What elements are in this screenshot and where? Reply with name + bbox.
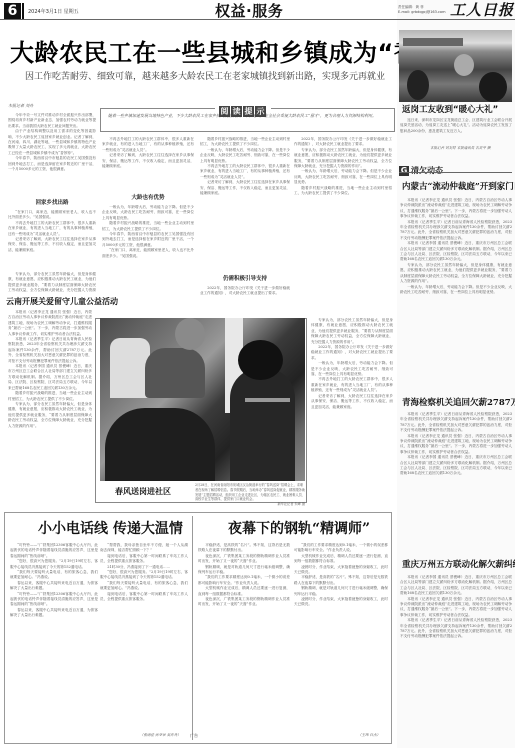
paragraph: “您好，很高兴为您服务。”2月19日19时左右，客服中心接线员冯燕接到了今天的第… (10, 559, 98, 570)
body-text-col1-end: 专家认为，部分农民工虽然年龄偏大，但是身体健康，有就业意愿，应积极推动大龄农民工… (8, 272, 96, 292)
rail-tuner-credit: （王玮 白杰） (358, 733, 380, 738)
paragraph: 不再去外地打工的大龄农民工群体中，很多人重新在家乡就业，有的进入当地工厂，有的从… (8, 221, 96, 237)
caption-text: 2月28日，在河南省南阳市宛城区汉冶街道举行的“春风送岗”招聘会上，求职者在现场… (195, 483, 305, 501)
phone-line-body-col2: “帮帮我，我母亲独自坐车不方便，她一个人从湖南去深圳，能否帮忙照顾一下？” 接到… (100, 543, 188, 731)
paragraph: 今年中央一号文件对推动乡村全面振兴作出部署，围绕培育乡村新产业新业态、加强农村劳… (8, 113, 96, 129)
phone-line-body-col1: “叮铃铃——”广铁集团12306客服中心大厅内，此起彼伏的电话铃声伴随着接线员清… (10, 543, 98, 738)
paragraph: 一般认为，年龄增大后，劳动能力会下降。但是不少企业反映，大龄农民工吃苦耐劳、细致… (294, 169, 392, 185)
paragraph: 随着乡村振兴战略的推进，当地一些企业主动到村里招工，为大龄农民工提供了不少岗位。 (294, 186, 392, 197)
paragraph: “我们的工作要求精度达到0.1毫米，一个微小的误差都可能影响行车安全。”作业负责… (294, 543, 388, 554)
main-subheadline: 因工作吃苦耐劳、细致可靠，越来越多大龄农民工在老家城镇找到新出路，实现多元再就业 (25, 72, 385, 83)
paragraph: 随着乡村振兴战略的推进，当地一些企业主动到村里招工，为大龄农民工提供了不少岗位。 (8, 391, 92, 402)
body-text-col3: 随着乡村振兴战略的推进，当地一些企业主动到村里招工，为大龄农民工提供了不少岗位。… (200, 137, 290, 277)
photo-title: 春风送岗进社区 (115, 487, 171, 497)
editor-info: 责任编辑：黄 菲 E-mail: grbdqgcj@163.com (398, 5, 445, 14)
paragraph: 本报讯（记者李国 通讯员 蔡俊峰）近日，重庆市万州区总工会联合区人社局等部门建立… (400, 241, 512, 263)
paragraph: 随着乡村振兴战略的推进，当地一些企业主动到村里招工，为大龄农民工提供了不少岗位。 (102, 221, 194, 232)
column-divider (399, 172, 512, 173)
paragraph: 记者采访了解到，大龄农民工往往选择在家乡从事保安、保洁、搬运等工作，不仅收入稳定… (8, 237, 96, 253)
paragraph: 本报讯（记者李正龙 通讯员 张强）近日，内蒙古自治区劳动人事争议仲裁院派出“流动… (400, 434, 512, 456)
paragraph: 本报讯（记者季生平）记者日前从青海省人民检察院获悉，2023年全省检察机关共办理… (400, 618, 512, 640)
paragraph: 连日来，深圳市龙岗区宝龙街道总工会、区建筑行业工会联合开展返岗关爱活动，为返岗工… (400, 118, 512, 134)
paragraph: 由于产业结构调整以及用工需求的变化等因素影响，不少大龄农民工返回家乡就业创业。记… (8, 129, 96, 156)
inner-mongolia-body: 本报讯（记者李正龙 通讯员 张强）近日，内蒙古自治区劳动人事争议仲裁院派出“流动… (400, 198, 512, 368)
newspaper-logo: 工人日报 (450, 1, 514, 19)
paragraph: 春运以来，客服中心共接听来电近百万通，为旅客解决了大量出行难题。 (10, 581, 98, 592)
paragraph: “叮铃铃——”广铁集团12306客服中心大厅内，此起彼伏的电话铃声伴随着接线员清… (10, 592, 98, 608)
paragraph: 2022年，国务院办公厅印发《关于进一步做好稳就业工作的通知》，对大龄农民工就业… (311, 345, 393, 361)
qinghai-headline[interactable]: 青海检察机关追回欠薪2787万元 (402, 398, 515, 409)
paragraph: 春运以来，客服中心共接听来电近百万通，为旅客解决了大量出行难题。 (10, 608, 98, 619)
paragraph: “帮帮我，我母亲独自坐车不方便，她一个人从湖南去深圳，能否帮忙照顾一下？” (100, 543, 188, 554)
paragraph: “在家门口，离家近，能照顾家里老人，收入也不比外面差多少。”吴国强说。 (8, 210, 96, 221)
inner-mongolia-headline[interactable]: 内蒙古“流动仲裁庭”开到家门口 (402, 182, 515, 193)
body-text-col2b: 一般认为，年龄增大后，劳动能力会下降。但是不少企业反映，大龄农民工吃苦耐劳、细致… (102, 205, 194, 305)
column-header: G清欠动态 (399, 160, 443, 179)
paragraph: “在家门口，离家近，能照顾家里老人，收入也不比外面差多少。”吴国强说。 (102, 248, 194, 259)
ad-mark: 广告 (190, 733, 198, 738)
side-top-body: 连日来，深圳市龙岗区宝龙街道总工会、区建筑行业工会联合开展返岗关爱活动，为返岗工… (400, 118, 512, 146)
page-number: 6 (4, 3, 21, 19)
paragraph: 钢轨精调，就是对轨道几何尺寸进行毫米级调整，确保列车运行平稳。 (198, 565, 290, 576)
section-title: 权益·服务 (215, 2, 283, 20)
chongqing-body: 本报讯（记者李国 通讯员 蔡俊峰）近日，重庆市万州区总工会联合区人社局等部门建立… (400, 575, 512, 743)
page-number-bar (22, 3, 24, 19)
paragraph: 2022年，国务院办公厅印发《关于进一步做好稳就业工作的通知》，对大龄农民工就业… (294, 137, 392, 148)
photo-caption: 2月28日，在河南省南阳市宛城区汉冶街道举行的“春风送岗”招聘会上，求职者在现场… (195, 483, 305, 507)
paragraph: 记者采访了解到，大龄农民工往往选择在家乡从事保安、保洁、搬运等工作，不仅收入稳定… (311, 394, 393, 410)
paragraph: 大型机械作业完成后，精调人员还要逐一进行复测，直到每一组数据都符合标准。 (198, 586, 290, 597)
paragraph: 一般认为，年龄增大后，劳动能力会下降。但是不少企业反映，大龄农民工吃苦耐劳、细致… (200, 148, 290, 164)
paragraph: 夜色深沉，广铁集团某工务段的钢轨精调作业人员准时出发，开始了又一夜的“天窗”作业… (198, 597, 290, 608)
paragraph: 凌晨时分，作业结束，大家拖着疲惫的身躯收工，此时天已微亮。 (294, 565, 388, 576)
yunnan-body: 本报讯（记者李正龙 通讯员 张强）近日，内蒙古自治区劳动人事争议仲裁院派出“流动… (8, 310, 92, 505)
main-byline: 本报记者 刘舟 (8, 103, 33, 108)
paragraph: 夜色深沉，广铁集团某工务段的钢轨精调作业人员准时出发，开始了又一夜的“天窗”作业… (198, 554, 290, 565)
paragraph: 本报讯（记者李正龙 通讯员 张强）近日，内蒙古自治区劳动人事争议仲裁院派出“流动… (400, 597, 512, 619)
paragraph: 今年春节，陕西省汉中市勉县的农民工吴国强没有回到外地去打工，而是选择留在家乡附近… (102, 232, 194, 248)
paragraph: 2022年，国务院办公厅印发《关于进一步做好稳就业工作的通知》，对大龄农民工就业… (200, 286, 290, 297)
job-fair-photo[interactable] (100, 318, 305, 481)
qinghai-body: 本报讯（记者季生平）记者日前从青海省人民检察院获悉，2023年全省检察机关共办理… (400, 412, 512, 547)
paragraph: 专家认为，部分农民工虽然年龄偏大，但是身体健康，有就业意愿，应积极推动大龄农民工… (294, 148, 392, 170)
paragraph: 专家认为，部分农民工虽然年龄偏大，但是身体健康，有就业意愿，应积极推动大龄农民工… (400, 263, 512, 285)
paragraph: 平稳舒适，是高铁的“名片”。殊不知，这背后是无数铁路人在夜幕下的默默付出。 (294, 575, 388, 586)
paragraph: “叮铃铃——”广铁集团12306客服中心大厅内，此起彼伏的电话铃声伴随着接线员清… (10, 543, 98, 559)
paragraph: 本报讯（记者李国 通讯员 蔡俊峰）近日，重庆市万州区总工会联合区人社局等部门建立… (8, 364, 92, 391)
paragraph: 随着乡村振兴战略的推进，当地一些企业主动到村里招工，为大龄农民工提供了不少岗位。 (200, 137, 290, 148)
paragraph: 大型机械作业完成后，精调人员还要逐一进行复测，直到每一组数据都符合标准。 (294, 554, 388, 565)
paragraph: 本报讯（记者李正龙 通讯员 张强）近日，内蒙古自治区劳动人事争议仲裁院派出“流动… (8, 310, 92, 337)
rail-tuner-body-col1: 平稳舒适，是高铁的“名片”。殊不知，这背后是无数铁路人在夜幕下的默默付出。 夜色… (198, 543, 290, 738)
rail-tuner-body-col2: “我们的工作要求精度达到0.1毫米，一个微小的误差都可能影响行车安全。”作业负责… (294, 543, 388, 731)
paragraph: 专家认为，部分农民工虽然年龄偏大，但是身体健康，有就业意愿，应积极推动大龄农民工… (311, 318, 393, 345)
bottom-column-divider (192, 516, 193, 740)
phone-line-credit: （张雨佳 孙亚荣 吴亦舟） (140, 733, 181, 738)
paragraph: 钢轨精调，就是对轨道几何尺寸进行毫米级调整，确保列车运行平稳。 (294, 586, 388, 597)
paragraph: 一般认为，年龄增大后，劳动能力会下降。但是不少企业反映，大龄农民工吃苦耐劳、细致… (400, 285, 512, 296)
paragraph: “我们每天要接听大量电话，有的旅客心急，我们就要更加耐心。”冯燕说。 (10, 570, 98, 581)
column-badge-icon: G (399, 166, 409, 176)
side-top-headline[interactable]: 返岗工友收到“暖心大礼” (402, 105, 498, 115)
column-title: 清欠动态 (411, 166, 443, 175)
body-text-col3b: 2022年，国务院办公厅印发《关于进一步做好稳就业工作的通知》，对大龄农民工就业… (200, 286, 290, 302)
side-top-credit: 本报记者 刘友婷 本报通讯员 古灵平 摄 (430, 146, 490, 151)
reading-tip-text: 随着一些乡镇加速发展当地特色产业，不少大龄农民工在家乡找到就业机会。专家建议，在… (108, 113, 390, 119)
yunnan-headline[interactable]: 云南开展关爱留守儿童公益活动 (6, 296, 118, 307)
paragraph: 一般认为，年龄增大后，劳动能力会下降。但是不少企业反映，大龄农民工吃苦耐劳、细致… (311, 361, 393, 377)
paragraph: 专家认为，部分农民工虽然年龄偏大，但是身体健康，有就业意愿，应积极推动大龄农民工… (8, 272, 96, 292)
paragraph: 一般认为，年龄增大后，劳动能力会下降。但是不少企业反映，大龄农民工吃苦耐劳、细致… (102, 205, 194, 221)
paragraph: 凌晨时分，作业结束，大家拖着疲惫的身躯收工，此时天已微亮。 (294, 597, 388, 608)
paragraph: 记者采访了解到，大龄农民工往往选择在家乡从事保安、保洁、搬运等工作，不仅收入稳定… (102, 153, 194, 169)
body-text-col1: “在家门口，离家近，能照顾家里老人，收入也不比外面差多少。”吴国强说。 不再去外… (8, 210, 96, 270)
paragraph: “我们每天要接听大量电话，有的旅客心急，我们就要更加耐心。”冯燕说。 (100, 581, 188, 592)
paragraph: 接到电话后，客服中心第一时间联系了车站工作人员，全程提供重点旅客服务。 (100, 592, 188, 603)
paragraph: 不再去外地打工的大龄农民工群体中，很多人重新在家乡就业，有的进入当地工厂，有的从… (200, 164, 290, 180)
editor-email: E-mail: grbdqgcj@163.com (398, 10, 445, 15)
body-text-col4: 2022年，国务院办公厅印发《关于进一步做好稳就业工作的通知》，对大龄农民工就业… (294, 137, 392, 307)
rail-tuner-headline[interactable]: 夜幕下的钢轨“精调师” (228, 520, 370, 538)
main-headline[interactable]: 大龄农民工在一些县城和乡镇成为“香饽饽” (10, 40, 390, 66)
paragraph: 接到电话后，客服中心第一时间联系了车站工作人员，全程提供重点旅客服务。 (100, 554, 188, 565)
returning-workers-photo[interactable] (399, 30, 512, 102)
photo-credit: 新华社记者 朱峰 摄 (195, 502, 305, 507)
issue-date: 2024年3月1日 星期五 (28, 9, 79, 15)
paragraph: 本报讯（记者季生平）记者日前从青海省人民检察院获悉，2023年全省检察机关共办理… (400, 412, 512, 434)
paragraph: 本报讯（记者李国 通讯员 蔡俊峰）近日，重庆市万州区总工会联合区人社局等部门建立… (400, 575, 512, 597)
subhead-home: 回家乡找出路 (8, 200, 96, 207)
paragraph: 本报讯（记者李国 通讯员 蔡俊峰）近日，重庆市万州区总工会联合区人社局等部门建立… (400, 455, 512, 477)
subhead-guidance: 仍需积极引导支持 (200, 276, 290, 283)
body-text-col4-lower: 专家认为，部分农民工虽然年龄偏大，但是身体健康，有就业意愿，应积极推动大龄农民工… (311, 318, 393, 508)
paragraph: 不再去外地打工的大龄农民工群体中，很多人重新在家乡就业，有的进入当地工厂，有的从… (102, 137, 194, 153)
subhead-advantage: 大龄也有优势 (102, 195, 194, 202)
chongqing-headline[interactable]: 重庆万州五方联动化解欠薪纠纷 (402, 560, 515, 571)
paragraph: 不再去外地打工的大龄农民工群体中，很多人重新在家乡就业，有的进入当地工厂，有的从… (311, 377, 393, 393)
paragraph: “您好，很高兴为您服务。”2月19日19时左右，客服中心接线员冯燕接到了今天的第… (100, 570, 188, 581)
paragraph: 本报讯（记者季生平）记者日前从青海省人民检察院获悉，2023年全省检察机关共办理… (8, 337, 92, 364)
phone-line-headline[interactable]: 小小电话线 传递大温情 (38, 520, 183, 538)
lead-text: 今年中央一号文件对推动乡村全面振兴作出部署，围绕培育乡村新产业新业态、加强农村劳… (8, 113, 96, 198)
header-divider (0, 19, 515, 20)
paragraph: 本报讯（记者李正龙 通讯员 张强）近日，内蒙古自治区劳动人事争议仲裁院派出“流动… (400, 198, 512, 220)
paragraph: 本报讯（记者季生平）记者日前从青海省人民检察院获悉，2023年全省检察机关共办理… (400, 220, 512, 242)
paragraph: “我们的工作要求精度达到0.1毫米，一个微小的误差都可能影响行车安全。”作业负责… (198, 575, 290, 586)
body-text-col2a: 不再去外地打工的大龄农民工群体中，很多人重新在家乡就业，有的进入当地工厂，有的从… (102, 137, 194, 181)
paragraph: 今年春节，陕西省汉中市勉县的农民工吴国强没有回到外地去打工，而是选择留在家乡附近… (8, 156, 96, 172)
paragraph: 专家认为，部分农民工虽然年龄偏大，但是身体健康，有就业意愿，应积极推动大龄农民工… (8, 402, 92, 429)
paragraph: 记者采访了解到，大龄农民工往往选择在家乡从事保安、保洁、搬运等工作，不仅收入稳定… (200, 180, 290, 196)
paragraph: 平稳舒适，是高铁的“名片”。殊不知，这背后是无数铁路人在夜幕下的默默付出。 (198, 543, 290, 554)
